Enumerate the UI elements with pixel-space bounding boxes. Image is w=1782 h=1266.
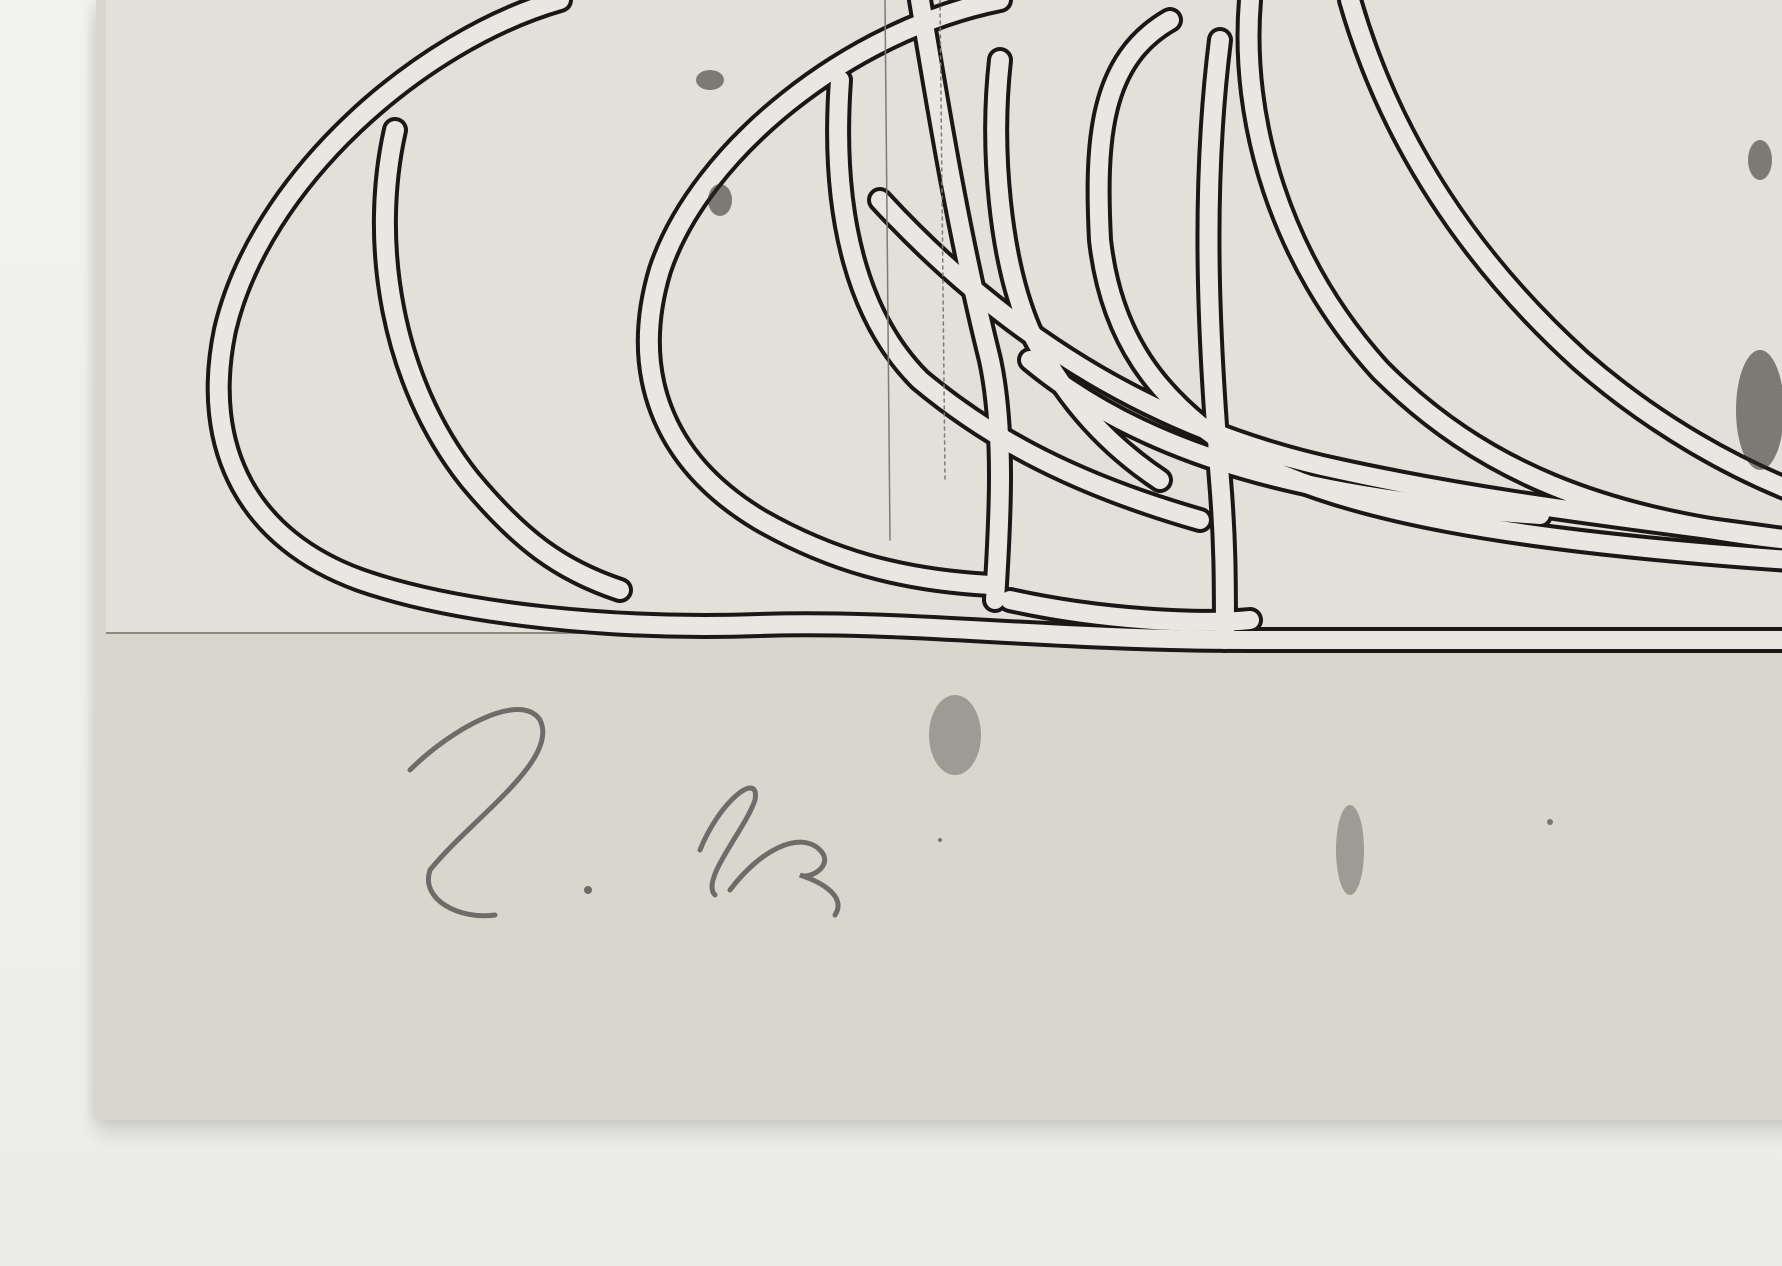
signature-text: l. ls [360,650,362,651]
etched-loops-drawing [0,0,1782,1266]
pencil-signature [410,710,838,916]
